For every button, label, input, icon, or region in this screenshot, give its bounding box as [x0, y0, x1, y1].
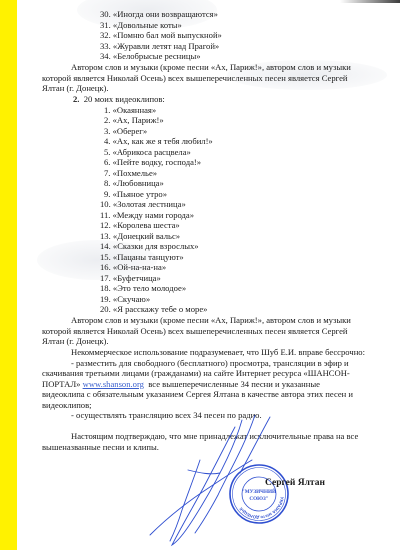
signatory-name: Сергей Ялтан	[265, 478, 325, 488]
song-list-item: 32. «Помню бал мой выпускной»	[100, 30, 222, 41]
clip-list-item: 19. «Скучаю»	[100, 294, 150, 305]
scan-edge-shadow	[340, 0, 400, 3]
clip-list-item: 13. «Донецкий вальс»	[100, 231, 180, 242]
song-list-item: 31. «Довольные коты»	[100, 20, 182, 31]
clip-list-item: 9. «Пьяное утро»	[104, 189, 167, 200]
noncommercial-bullet-1-line-5: видеоклипов;	[42, 400, 92, 411]
clip-list-item: 15. «Пацаны танцуют»	[100, 252, 184, 263]
clip-list-item: 11. «Между нами города»	[100, 210, 194, 221]
authorship-clips-line-1: Автором слов и музыки (кроме песни «Ах, …	[71, 315, 351, 326]
clip-list-item: 5. «Абрикоса расцвела»	[104, 147, 191, 158]
stamp-center-line-2: СОЮЗ"	[249, 496, 268, 502]
clip-list-item: 8. «Любовница»	[104, 178, 164, 189]
song-list-item: 33. «Журавли летят над Прагой»	[100, 41, 219, 52]
clip-list-item: 12. «Королева шеста»	[100, 220, 180, 231]
noncommercial-bullet-1-line-2: скачивания третьими лицами (гражданами) …	[42, 368, 350, 379]
clip-list-item: 18. «Это тело молодое»	[100, 283, 186, 294]
clip-list-item: 17. «Буфетчица»	[100, 273, 161, 284]
noncommercial-bullet-1-line-4: видеоклипа с обязательным указанием Серг…	[42, 389, 353, 400]
clip-list-item: 20. «Я расскажу тебе о море»	[100, 304, 207, 315]
clip-list-item: 7. «Похмелье»	[104, 168, 157, 179]
authorship-songs-line-2: которой является Николай Осень) всех выш…	[42, 73, 348, 84]
clip-list-item: 3. «Оберег»	[104, 126, 147, 137]
yellow-side-strip	[0, 0, 17, 550]
noncommercial-bullet-1-line-3: ПОРТАЛ» www.shanson.org все вышеперечисл…	[42, 379, 320, 390]
shanson-portal-link[interactable]: www.shanson.org	[83, 379, 144, 389]
authorship-songs-line-3: Ялтан (г. Донецк).	[42, 83, 109, 94]
section-2-heading: 2. 20 моих видеоклипов:	[73, 94, 165, 105]
clip-list-item: 4. «Ах, как же я тебя любил!»	[104, 136, 213, 147]
clip-list-item: 14. «Сказки для взрослых»	[100, 241, 199, 252]
official-stamp: УКРАЇНА місто ДОНЕЦЬК "МУЗИЧНИЙ СОЮЗ"	[228, 463, 290, 525]
stamp-center-line-1: "МУЗИЧНИЙ	[242, 487, 276, 495]
noncommercial-bullet-1-line-1: - разместить для свободного (бесплатного…	[71, 358, 349, 369]
authorship-songs-line-1: Автором слов и музыки (кроме песни «Ах, …	[71, 62, 351, 73]
clip-list-item: 1. «Окаянная»	[104, 105, 156, 116]
clip-list-item: 10. «Золотая лестница»	[100, 199, 186, 210]
song-list-item: 30. «Иногда они возвращаются»	[100, 9, 218, 20]
clip-list-item: 16. «Ой-на-на-на»	[100, 262, 166, 273]
clip-list-item: 6. «Пейте водку, господа!»	[104, 157, 201, 168]
clip-list-item: 2. «Ах, Париж!»	[104, 115, 164, 126]
authorship-clips-line-2: которой является Николай Осень) всех выш…	[42, 326, 348, 337]
song-list-item: 34. «Белобрысые ресницы»	[100, 51, 201, 62]
authorship-clips-line-3: Ялтан (г. Донецк).	[42, 336, 109, 347]
noncommercial-intro: Некоммерческое использование подразумева…	[71, 347, 365, 358]
